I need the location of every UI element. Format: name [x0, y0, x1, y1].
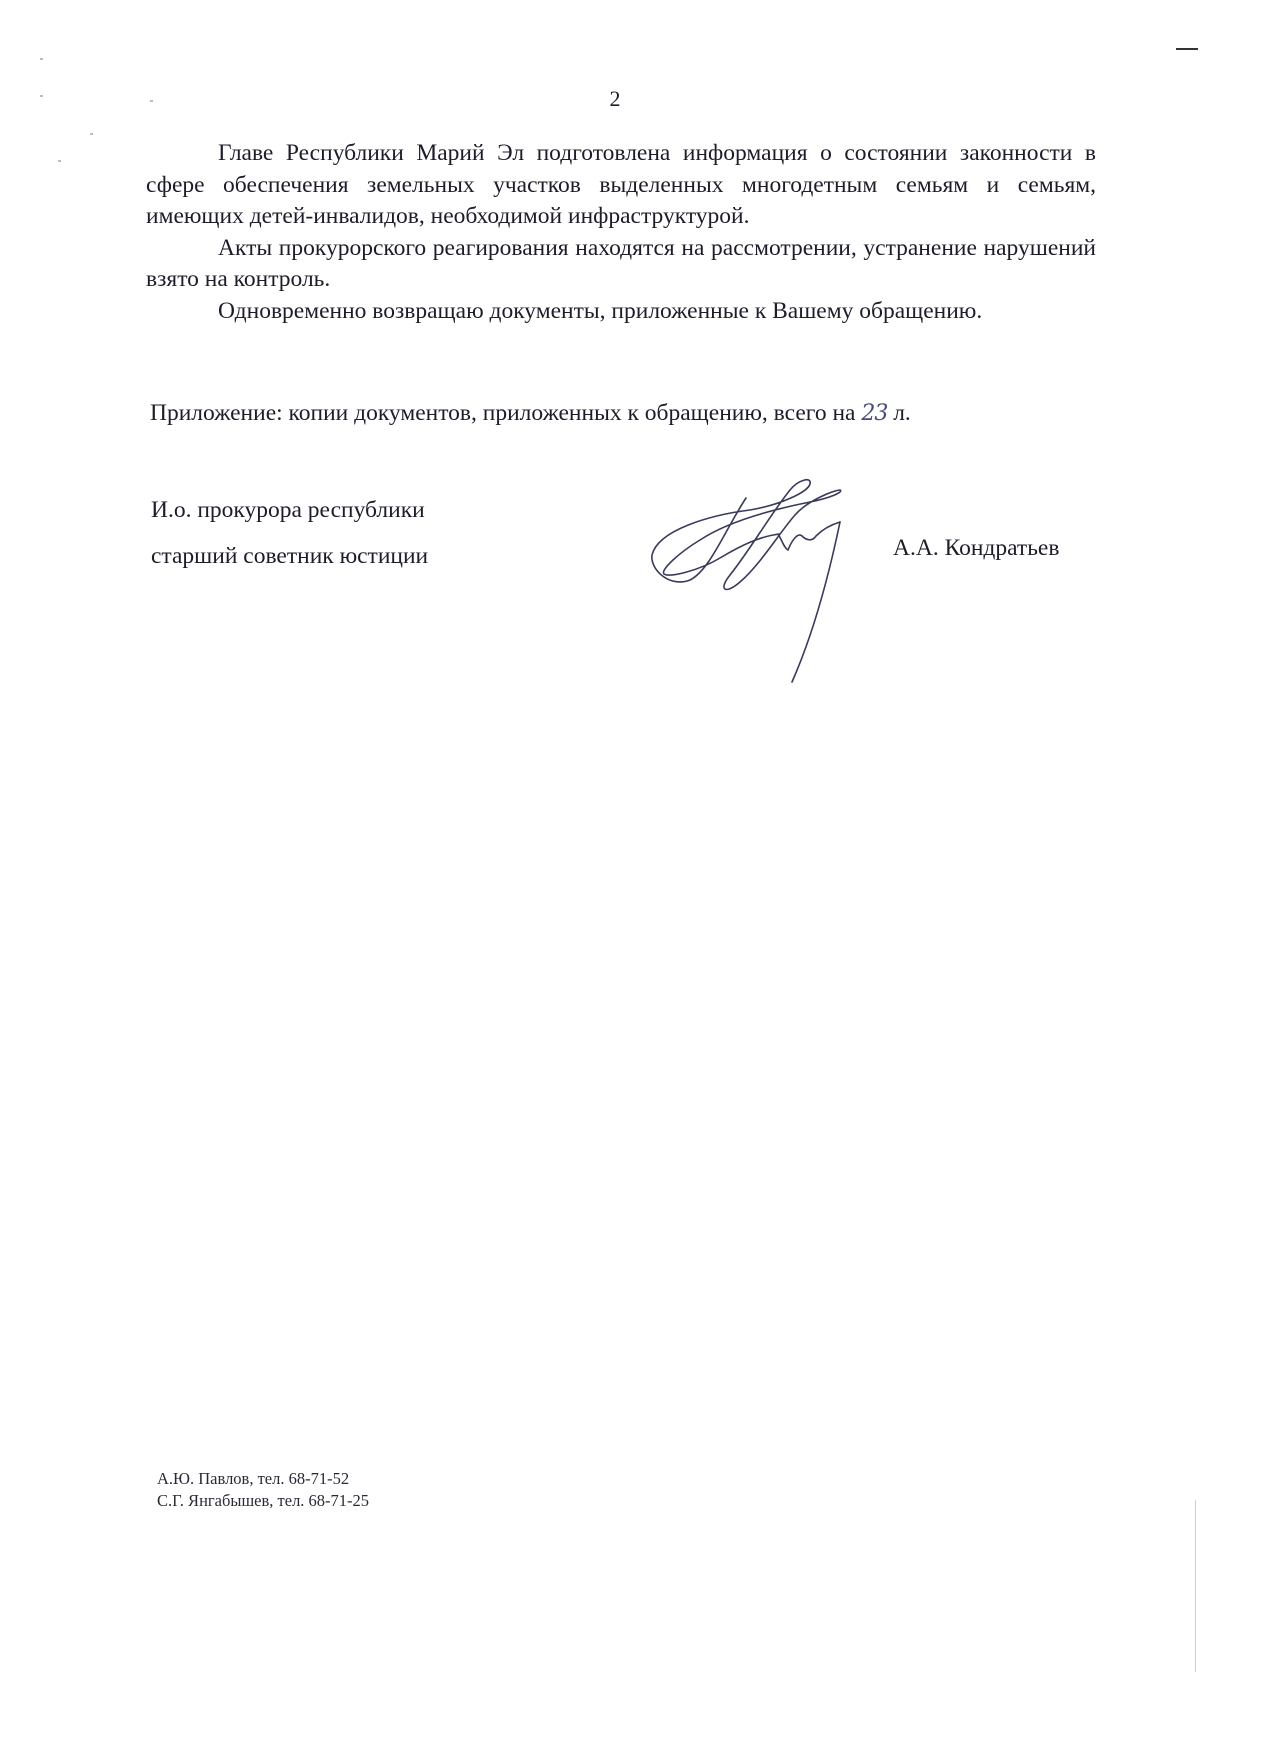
- signer-position-line-2: старший советник юстиции: [151, 543, 428, 570]
- signer-name: А.А. Кондратьев: [893, 535, 1059, 562]
- paragraph-acts-under-review: Акты прокурорского реагирования находятс…: [146, 233, 1096, 296]
- handwritten-signature-icon: [630, 470, 870, 690]
- page-number: 2: [0, 86, 1230, 112]
- paragraph-information-prepared: Главе Республики Марий Эл подготовлена и…: [146, 138, 1096, 233]
- contact-item: А.Ю. Павлов, тел. 68-71-52: [157, 1468, 369, 1490]
- paragraph-documents-returned: Одновременно возвращаю документы, прилож…: [146, 296, 1096, 328]
- scan-speck: [40, 58, 43, 60]
- letter-body: Главе Республики Марий Эл подготовлена и…: [146, 138, 1096, 328]
- contact-item: С.Г. Янгабышев, тел. 68-71-25: [157, 1490, 369, 1512]
- contacts-block: А.Ю. Павлов, тел. 68-71-52 С.Г. Янгабыше…: [157, 1468, 369, 1512]
- scan-artifact-mark: [1176, 48, 1198, 50]
- attachment-note: Приложение: копии документов, приложенны…: [150, 400, 911, 427]
- scan-speck: [58, 160, 61, 162]
- scan-edge-line: [1195, 1500, 1196, 1672]
- handwritten-sheet-count: 23: [861, 401, 887, 426]
- scan-speck: [90, 133, 93, 135]
- signer-position-line-1: И.о. прокурора республики: [151, 497, 425, 524]
- attachment-suffix: л.: [893, 400, 911, 426]
- attachment-prefix: Приложение: копии документов, приложенны…: [150, 400, 855, 426]
